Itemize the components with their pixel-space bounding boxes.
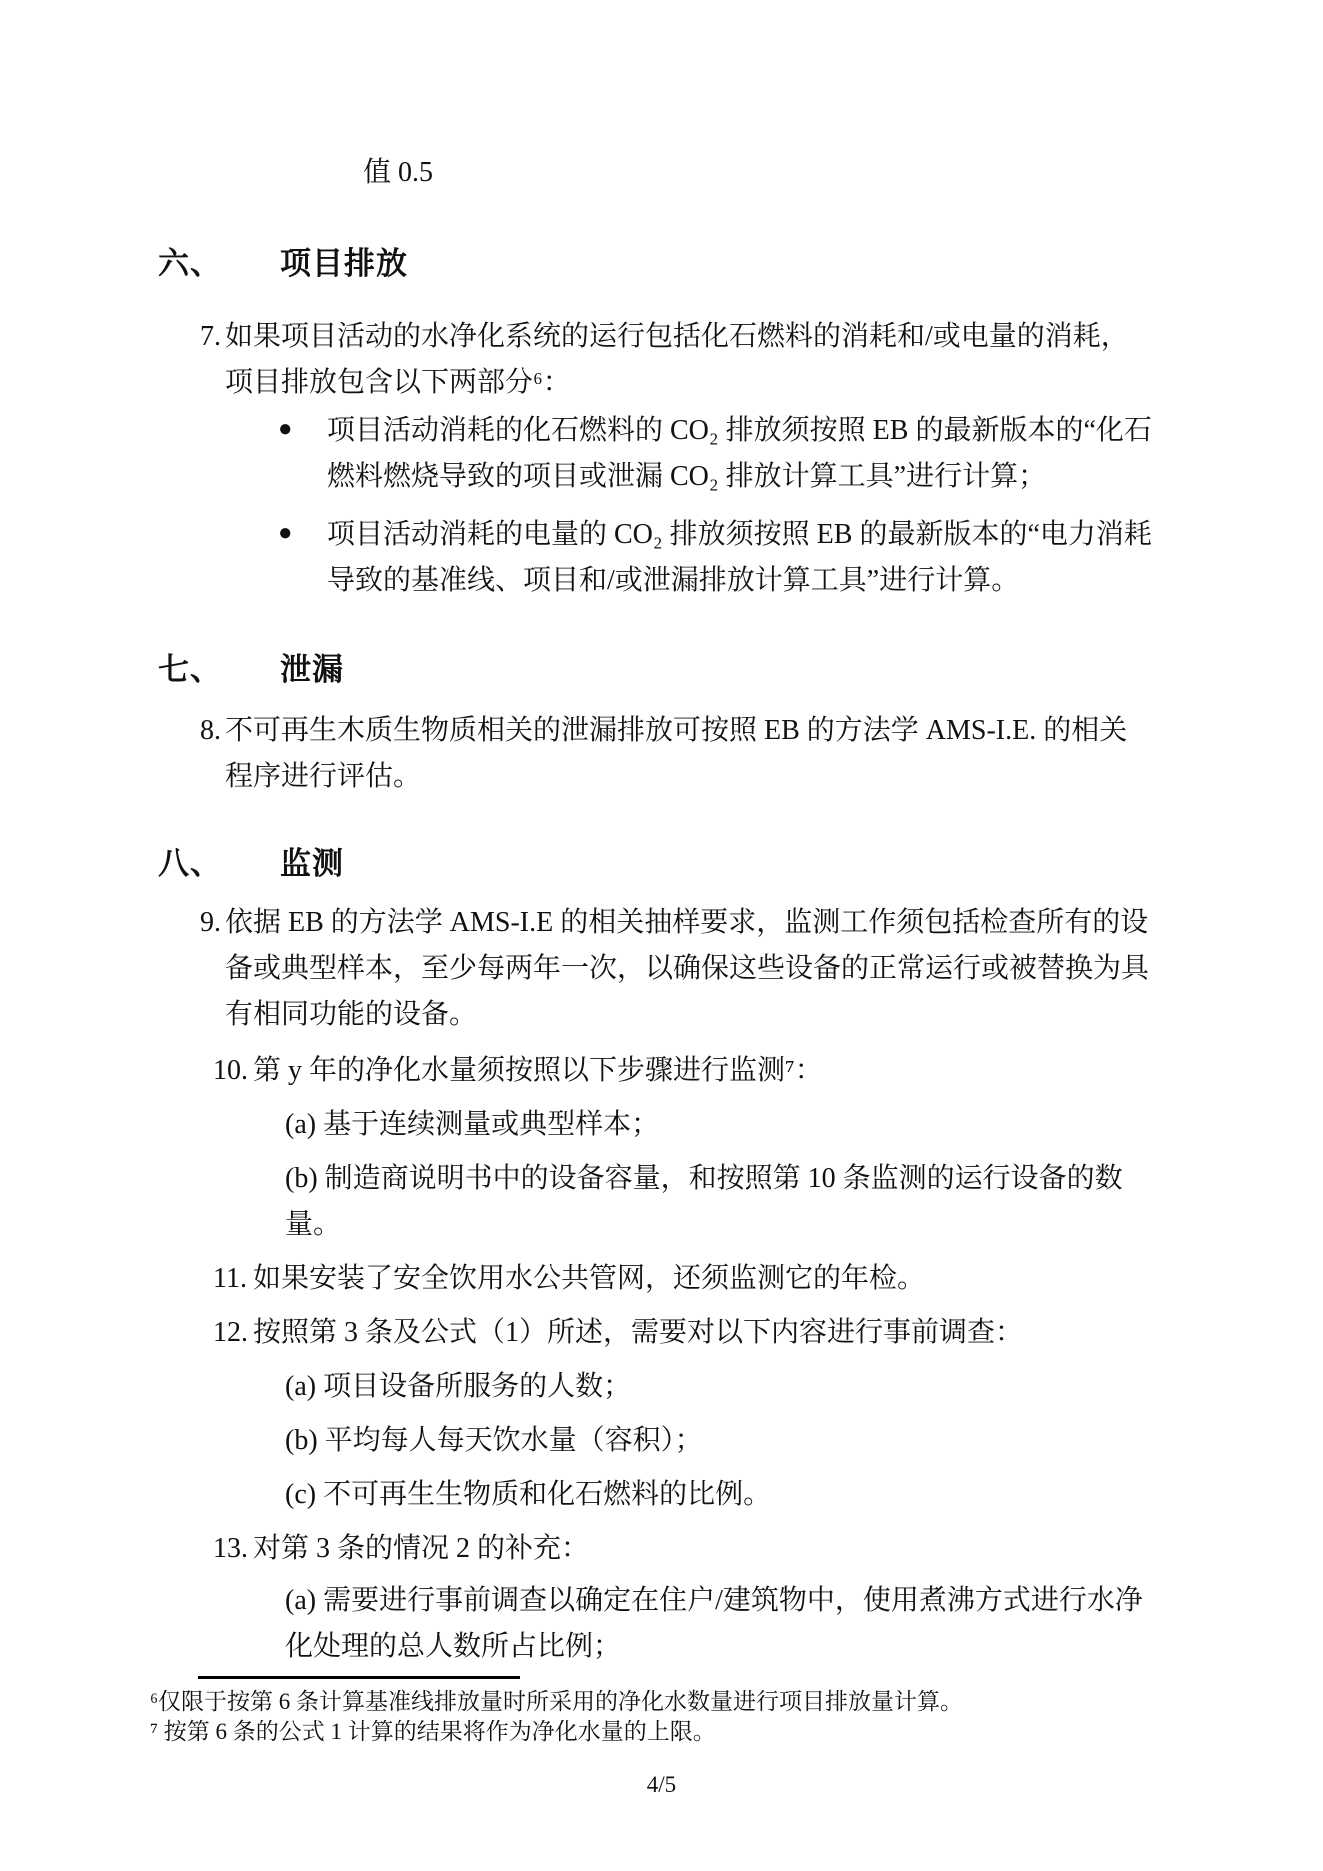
heading-title: 泄漏	[280, 652, 344, 687]
heading-title: 监测	[280, 846, 344, 881]
list-item-12: 12. 按照第 3 条及公式（1）所述，需要对以下内容进行事前调查：	[158, 1310, 1205, 1356]
text-line: 按照第 3 条及公式（1）所述，需要对以下内容进行事前调查：	[253, 1310, 1205, 1356]
text-line: 项目排放包含以下两部分⁶：	[225, 360, 1205, 406]
list-marker: 9.	[200, 900, 221, 946]
list-text: 第 y 年的净化水量须按照以下步骤进行监测⁷：	[253, 1048, 1205, 1094]
footnote-marker: ⁷	[150, 1719, 158, 1744]
page-number: 4/5	[0, 1772, 1323, 1798]
footnotes: ⁶仅限于按第 6 条计算基准线排放量时所采用的净化水数量进行项目排放量计算。 ⁷…	[150, 1687, 1205, 1747]
section-heading-6: 六、项目排放	[158, 242, 1205, 286]
list-item-8: 8. 不可再生木质生物质相关的泄漏排放可按照 EB 的方法学 AMS-I.E. …	[158, 708, 1205, 800]
list-marker: 8.	[200, 708, 221, 754]
text-line: 导致的基准线、项目和/或泄漏排放计算工具”进行计算。	[327, 558, 1205, 604]
text-line: (b) 平均每人每天饮水量（容积）；	[285, 1418, 1205, 1464]
bullet-icon: ●	[278, 406, 293, 452]
text-line: 如果项目活动的水净化系统的运行包括化石燃料的消耗和/或电量的消耗，	[225, 314, 1205, 360]
list-item-13: 13. 对第 3 条的情况 2 的补充：	[158, 1526, 1205, 1572]
list-text: 对第 3 条的情况 2 的补充：	[253, 1526, 1205, 1572]
list-marker: 10.	[213, 1048, 248, 1094]
heading-title: 项目排放	[280, 246, 408, 281]
heading-number: 六、	[158, 242, 280, 286]
section-heading-7: 七、泄漏	[158, 648, 1205, 692]
list-text: 如果安装了安全饮用水公共管网，还须监测它的年检。	[253, 1256, 1205, 1302]
list-marker: 11.	[213, 1256, 247, 1302]
footnote-text: 按第 6 条的公式 1 计算的结果将作为净化水量的上限。	[158, 1719, 716, 1744]
list-item-11: 11. 如果安装了安全饮用水公共管网，还须监测它的年检。	[158, 1256, 1205, 1302]
footnote-7: ⁷ 按第 6 条的公式 1 计算的结果将作为净化水量的上限。	[150, 1717, 1205, 1747]
sub-list-item-12b: (b) 平均每人每天饮水量（容积）；	[158, 1418, 1205, 1464]
footnote-marker: ⁶	[150, 1689, 158, 1714]
text-line: 不可再生木质生物质相关的泄漏排放可按照 EB 的方法学 AMS-I.E. 的相关	[225, 708, 1205, 754]
bullet-text: 项目活动消耗的化石燃料的 CO₂ 排放须按照 EB 的最新版本的“化石 燃料燃烧…	[327, 408, 1205, 500]
text-line: 程序进行评估。	[225, 754, 1205, 800]
list-item-7: 7. 如果项目活动的水净化系统的运行包括化石燃料的消耗和/或电量的消耗， 项目排…	[158, 314, 1205, 406]
list-text: 如果项目活动的水净化系统的运行包括化石燃料的消耗和/或电量的消耗， 项目排放包含…	[225, 314, 1205, 406]
list-item-10: 10. 第 y 年的净化水量须按照以下步骤进行监测⁷：	[158, 1048, 1205, 1094]
footnote-text: 仅限于按第 6 条计算基准线排放量时所采用的净化水数量进行项目排放量计算。	[158, 1689, 963, 1714]
list-text: 依据 EB 的方法学 AMS-I.E 的相关抽样要求，监测工作须包括检查所有的设…	[225, 900, 1205, 1038]
sub-list-item-12c: (c) 不可再生生物质和化石燃料的比例。	[158, 1472, 1205, 1518]
text-line: 对第 3 条的情况 2 的补充：	[253, 1526, 1205, 1572]
sub-list-item-13a: (a) 需要进行事前调查以确定在住户/建筑物中，使用煮沸方式进行水净 化处理的总…	[158, 1578, 1205, 1670]
document-page: 值 0.5 六、项目排放 7. 如果项目活动的水净化系统的运行包括化石燃料的消耗…	[0, 0, 1323, 1871]
text-line: 量。	[285, 1202, 1205, 1248]
bullet-icon: ●	[278, 510, 293, 556]
bullet-item-1: ● 项目活动消耗的化石燃料的 CO₂ 排放须按照 EB 的最新版本的“化石 燃料…	[158, 408, 1205, 500]
text-line: 依据 EB 的方法学 AMS-I.E 的相关抽样要求，监测工作须包括检查所有的设	[225, 900, 1205, 946]
list-text: 按照第 3 条及公式（1）所述，需要对以下内容进行事前调查：	[253, 1310, 1205, 1356]
text-line: (c) 不可再生生物质和化石燃料的比例。	[285, 1472, 1205, 1518]
list-text: 不可再生木质生物质相关的泄漏排放可按照 EB 的方法学 AMS-I.E. 的相关…	[225, 708, 1205, 800]
bullet-item-2: ● 项目活动消耗的电量的 CO₂ 排放须按照 EB 的最新版本的“电力消耗 导致…	[158, 512, 1205, 604]
section-heading-8: 八、监测	[158, 842, 1205, 886]
footnote-separator	[198, 1676, 520, 1679]
text-line: 燃料燃烧导致的项目或泄漏 CO₂ 排放计算工具”进行计算；	[327, 454, 1205, 500]
list-marker: 12.	[213, 1310, 248, 1356]
sub-list-item-12a: (a) 项目设备所服务的人数；	[158, 1364, 1205, 1410]
text-line: (b) 制造商说明书中的设备容量，和按照第 10 条监测的运行设备的数	[285, 1156, 1205, 1202]
text-line: 有相同功能的设备。	[225, 992, 1205, 1038]
text-line: 第 y 年的净化水量须按照以下步骤进行监测⁷：	[253, 1048, 1205, 1094]
footnote-6: ⁶仅限于按第 6 条计算基准线排放量时所采用的净化水数量进行项目排放量计算。	[150, 1687, 1205, 1717]
list-marker: 13.	[213, 1526, 248, 1572]
text-line: 备或典型样本，至少每两年一次，以确保这些设备的正常运行或被替换为具	[225, 946, 1205, 992]
fragment-value-05: 值 0.5	[158, 150, 1205, 196]
text-line: (a) 需要进行事前调查以确定在住户/建筑物中，使用煮沸方式进行水净	[285, 1578, 1205, 1624]
text-line: 化处理的总人数所占比例；	[285, 1624, 1205, 1670]
text-line: (a) 项目设备所服务的人数；	[285, 1364, 1205, 1410]
heading-number: 八、	[158, 842, 280, 886]
sub-list-item-10a: (a) 基于连续测量或典型样本；	[158, 1102, 1205, 1148]
list-item-9: 9. 依据 EB 的方法学 AMS-I.E 的相关抽样要求，监测工作须包括检查所…	[158, 900, 1205, 1038]
text-line: 项目活动消耗的化石燃料的 CO₂ 排放须按照 EB 的最新版本的“化石	[327, 408, 1205, 454]
bullet-text: 项目活动消耗的电量的 CO₂ 排放须按照 EB 的最新版本的“电力消耗 导致的基…	[327, 512, 1205, 604]
text-line: (a) 基于连续测量或典型样本；	[285, 1102, 1205, 1148]
list-marker: 7.	[200, 314, 221, 360]
sub-list-item-10b: (b) 制造商说明书中的设备容量，和按照第 10 条监测的运行设备的数 量。	[158, 1156, 1205, 1248]
text-line: 如果安装了安全饮用水公共管网，还须监测它的年检。	[253, 1256, 1205, 1302]
text-line: 项目活动消耗的电量的 CO₂ 排放须按照 EB 的最新版本的“电力消耗	[327, 512, 1205, 558]
heading-number: 七、	[158, 648, 280, 692]
